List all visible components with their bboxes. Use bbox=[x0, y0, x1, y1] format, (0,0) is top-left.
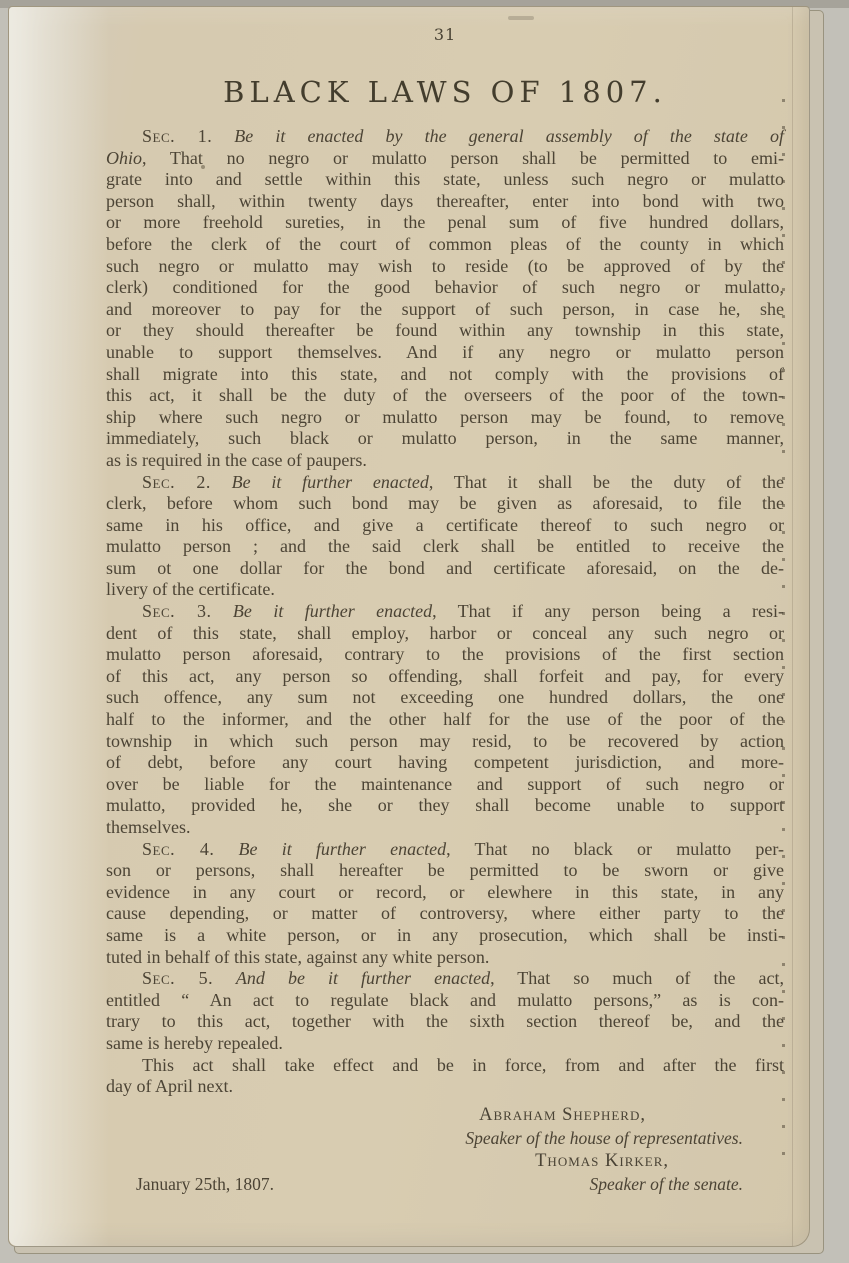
text-line: of this act, any person so offending, sh… bbox=[106, 666, 784, 688]
text-line: clerk, before whom such bond may be give… bbox=[106, 493, 784, 515]
text-line: shall migrate into this state, and not c… bbox=[106, 364, 784, 386]
page-number: 31 bbox=[106, 25, 784, 44]
text-line: son or persons, shall hereafter be permi… bbox=[106, 860, 784, 882]
text-segment: , That if any person being a resi- bbox=[432, 601, 784, 621]
text-segment: unable to support themselves. And if any… bbox=[106, 342, 784, 362]
text-segment: immediately, such black or mulatto perso… bbox=[106, 428, 784, 448]
text-line: mulatto person aforesaid, contrary to th… bbox=[106, 644, 784, 666]
text-segment: evidence in any court or record, or elew… bbox=[106, 882, 784, 902]
text-segment: entitled “ An act to regulate black and … bbox=[106, 990, 784, 1010]
text-segment: And be it further enacted bbox=[213, 968, 490, 988]
text-line: dent of this state, shall employ, harbor… bbox=[106, 623, 784, 645]
text-line: themselves. bbox=[106, 817, 784, 839]
text-line: as is required in the case of paupers. bbox=[106, 450, 784, 472]
text-line: sum ot one dollar for the bond and certi… bbox=[106, 558, 784, 580]
text-line: township in which such person may resid,… bbox=[106, 731, 784, 753]
document-body: Sec. 1. Be it enacted by the general ass… bbox=[106, 126, 784, 1196]
text-line: tuted in behalf of this state, against a… bbox=[106, 947, 784, 969]
scanned-book-page: 31 BLACK LAWS OF 1807. Sec. 1. Be it ena… bbox=[0, 0, 849, 1263]
text-line: livery of the certificate. bbox=[106, 579, 784, 601]
text-segment: mulatto, provided he, she or they shall … bbox=[106, 795, 784, 815]
section-3: Sec. 3. Be it further enacted, That if a… bbox=[106, 601, 784, 839]
text-segment: same is hereby repealed. bbox=[106, 1033, 283, 1053]
text-line: immediately, such black or mulatto perso… bbox=[106, 428, 784, 450]
section-1: Sec. 1. Be it enacted by the general ass… bbox=[106, 126, 784, 472]
text-line: same is a white person, or in any prosec… bbox=[106, 925, 784, 947]
text-segment: themselves. bbox=[106, 817, 190, 837]
text-line: over be liable for the maintenance and s… bbox=[106, 774, 784, 796]
text-segment: tuted in behalf of this state, against a… bbox=[106, 947, 489, 967]
text-line: Sec. 3. Be it further enacted, That if a… bbox=[106, 601, 784, 623]
text-line: such negro or mulatto may wish to reside… bbox=[106, 256, 784, 278]
text-segment: mulatto person aforesaid, contrary to th… bbox=[106, 644, 784, 664]
text-segment: , That no negro or mulatto person shall … bbox=[142, 148, 784, 168]
text-segment: Be it further enacted bbox=[214, 839, 446, 859]
text-segment: or more freehold sureties, in the penal … bbox=[106, 212, 784, 232]
text-segment: person shall, within twenty days thereaf… bbox=[106, 191, 784, 211]
text-line: entitled “ An act to regulate black and … bbox=[106, 990, 784, 1012]
text-segment: Be it enacted by the general assembly of… bbox=[212, 126, 784, 146]
text-line: mulatto, provided he, she or they shall … bbox=[106, 795, 784, 817]
text-segment: This act shall take effect and be in for… bbox=[142, 1055, 784, 1075]
text-segment: ship where such negro or mulatto person … bbox=[106, 407, 784, 427]
text-segment: as is required in the case of paupers. bbox=[106, 450, 367, 470]
text-segment: Sec. 2. bbox=[142, 472, 211, 492]
text-segment: Ohio bbox=[106, 148, 142, 168]
text-line: same in his office, and give a certifica… bbox=[106, 515, 784, 537]
text-line: half to the informer, and the other half… bbox=[106, 709, 784, 731]
text-line: this act, it shall be the duty of the ov… bbox=[106, 385, 784, 407]
text-line: same is hereby repealed. bbox=[106, 1033, 784, 1055]
text-segment: clerk) conditioned for the good behavior… bbox=[106, 277, 784, 297]
text-segment: Be it further enacted bbox=[211, 472, 429, 492]
text-line: Ohio, That no negro or mulatto person sh… bbox=[106, 148, 784, 170]
text-segment: clerk, before whom such bond may be give… bbox=[106, 493, 784, 513]
text-line: mulatto person ; and the said clerk shal… bbox=[106, 536, 784, 558]
text-line: person shall, within twenty days thereaf… bbox=[106, 191, 784, 213]
signatory-name: Thomas Kirker, bbox=[106, 1150, 669, 1173]
text-line: such offence, any sum not exceeding one … bbox=[106, 687, 784, 709]
paper-speck bbox=[508, 16, 534, 20]
text-line: trary to this act, together with the six… bbox=[106, 1011, 784, 1033]
signature-block: Abraham Shepherd, Speaker of the house o… bbox=[106, 1104, 784, 1196]
text-line: grate into and settle within this state,… bbox=[106, 169, 784, 191]
text-line: or more freehold sureties, in the penal … bbox=[106, 212, 784, 234]
text-segment: and moreover to pay for the support of s… bbox=[106, 299, 784, 319]
signatory-name: Abraham Shepherd, bbox=[106, 1104, 646, 1127]
text-segment: of this act, any person so offending, sh… bbox=[106, 666, 784, 686]
text-segment: before the clerk of the court of common … bbox=[106, 234, 784, 254]
text-segment: over be liable for the maintenance and s… bbox=[106, 774, 784, 794]
text-segment: son or persons, shall hereafter be permi… bbox=[106, 860, 784, 880]
text-line: ship where such negro or mulatto person … bbox=[106, 407, 784, 429]
text-line: Sec. 4. Be it further enacted, That no b… bbox=[106, 839, 784, 861]
signatory-role: Speaker of the house of representatives. bbox=[106, 1127, 743, 1150]
text-line: or they should thereafter be found withi… bbox=[106, 320, 784, 342]
text-line: of debt, before any court having compete… bbox=[106, 752, 784, 774]
text-segment: shall migrate into this state, and not c… bbox=[106, 364, 784, 384]
text-segment: such offence, any sum not exceeding one … bbox=[106, 687, 784, 707]
date-line: January 25th, 1807. bbox=[136, 1174, 274, 1195]
page-title: BLACK LAWS OF 1807. bbox=[106, 75, 784, 109]
text-line: day of April next. bbox=[106, 1076, 784, 1098]
text-segment: such negro or mulatto may wish to reside… bbox=[106, 256, 784, 276]
text-line: and moreover to pay for the support of s… bbox=[106, 299, 784, 321]
section-5: Sec. 5. And be it further enacted, That … bbox=[106, 968, 784, 1054]
text-segment: township in which such person may resid,… bbox=[106, 731, 784, 751]
text-segment: half to the informer, and the other half… bbox=[106, 709, 784, 729]
text-segment: Sec. 1. bbox=[142, 126, 212, 146]
text-segment: Sec. 3. bbox=[142, 601, 212, 621]
text-segment: sum ot one dollar for the bond and certi… bbox=[106, 558, 784, 578]
text-segment: or they should thereafter be found withi… bbox=[106, 320, 784, 340]
text-segment: , That no black or mulatto per- bbox=[446, 839, 784, 859]
text-segment: livery of the certificate. bbox=[106, 579, 275, 599]
text-segment: trary to this act, together with the six… bbox=[106, 1011, 784, 1031]
text-line: Sec. 1. Be it enacted by the general ass… bbox=[106, 126, 784, 148]
text-segment: this act, it shall be the duty of the ov… bbox=[106, 385, 784, 405]
text-segment: same in his office, and give a certifica… bbox=[106, 515, 784, 535]
text-segment: same is a white person, or in any prosec… bbox=[106, 925, 784, 945]
text-segment: day of April next. bbox=[106, 1076, 233, 1096]
section-4: Sec. 4. Be it further enacted, That no b… bbox=[106, 839, 784, 969]
text-line: unable to support themselves. And if any… bbox=[106, 342, 784, 364]
page: 31 BLACK LAWS OF 1807. Sec. 1. Be it ena… bbox=[8, 6, 810, 1247]
text-segment: , That it shall be the duty of the bbox=[429, 472, 784, 492]
text-segment: grate into and settle within this state,… bbox=[106, 169, 784, 189]
text-line: This act shall take effect and be in for… bbox=[106, 1055, 784, 1077]
text-segment: , That so much of the act, bbox=[490, 968, 784, 988]
text-segment: mulatto person ; and the said clerk shal… bbox=[106, 536, 784, 556]
text-line: Sec. 5. And be it further enacted, That … bbox=[106, 968, 784, 990]
text-segment: Sec. 5. bbox=[142, 968, 213, 988]
section-2: Sec. 2. Be it further enacted, That it s… bbox=[106, 472, 784, 602]
text-segment: cause depending, or matter of controvers… bbox=[106, 903, 784, 923]
text-line: before the clerk of the court of common … bbox=[106, 234, 784, 256]
closing-paragraph: This act shall take effect and be in for… bbox=[106, 1055, 784, 1098]
text-segment: dent of this state, shall employ, harbor… bbox=[106, 623, 784, 643]
text-line: evidence in any court or record, or elew… bbox=[106, 882, 784, 904]
text-segment: Be it further enacted bbox=[212, 601, 433, 621]
text-line: Sec. 2. Be it further enacted, That it s… bbox=[106, 472, 784, 494]
text-line: clerk) conditioned for the good behavior… bbox=[106, 277, 784, 299]
text-line: cause depending, or matter of controvers… bbox=[106, 903, 784, 925]
text-segment: of debt, before any court having compete… bbox=[106, 752, 784, 772]
text-segment: Sec. 4. bbox=[142, 839, 214, 859]
binding-edge bbox=[9, 7, 109, 1246]
